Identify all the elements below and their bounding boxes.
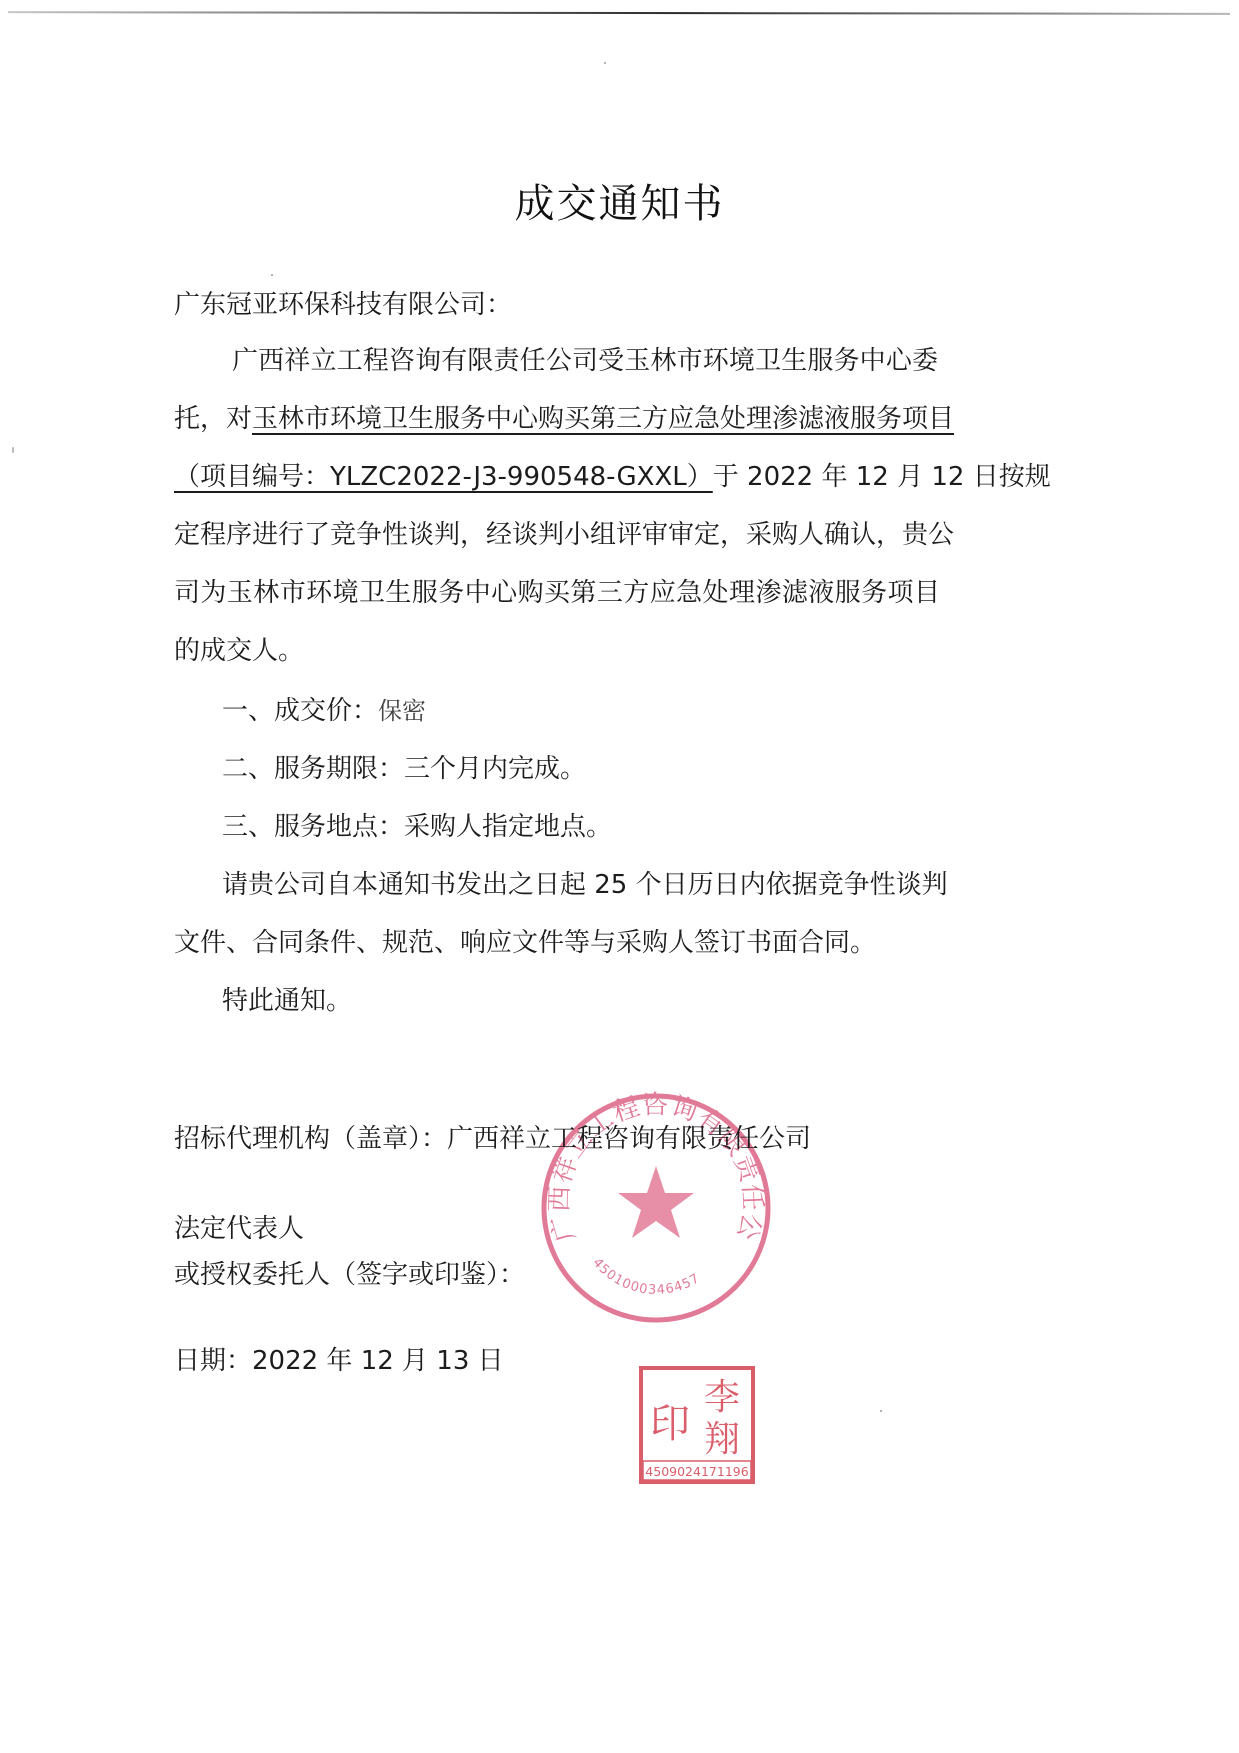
signing-date: 日期：2022 年 12 月 13 日	[174, 1340, 504, 1377]
scan-speck	[604, 62, 606, 64]
svg-text:李: 李	[704, 1377, 740, 1418]
term-price: 一、成交价：保密	[222, 690, 426, 727]
addressee: 广东冠亚环保科技有限公司：	[174, 284, 512, 321]
body-line-5: 司为玉林市环境卫生服务中心购买第三方应急处理渗滤液服务项目	[174, 572, 940, 609]
personal-seal-icon: 李 翔 印 4509024171196	[638, 1365, 756, 1485]
closing-remark: 特此通知。	[222, 980, 352, 1017]
term-location-value: 采购人指定地点。	[404, 812, 612, 842]
svg-text:4501000346457: 4501000346457	[589, 1255, 702, 1298]
document-title: 成交通知书	[0, 172, 1239, 229]
body-line-1: 广西祥立工程咨询有限责任公司受玉林市环境卫生服务中心委	[232, 340, 938, 377]
term-location: 三、服务地点：采购人指定地点。	[222, 806, 612, 843]
legal-rep-line-1: 法定代表人	[174, 1208, 304, 1245]
body-line-2-prefix: 托，对	[174, 404, 252, 434]
term-location-label: 三、服务地点：	[222, 812, 404, 842]
body-line-2: 托，对玉林市环境卫生服务中心购买第三方应急处理渗滤液服务项目	[174, 398, 954, 435]
project-name: 玉林市环境卫生服务中心购买第三方应急处理渗滤液服务项目	[252, 404, 954, 434]
term-period-label: 二、服务期限：	[222, 754, 404, 784]
project-number: （项目编号：YLZC2022-J3-990548-GXXL）	[174, 462, 713, 492]
svg-text:4509024171196: 4509024171196	[645, 1464, 748, 1479]
legal-rep-line-2: 或授权委托人（签字或印鉴）：	[174, 1254, 525, 1291]
instruction-line-2: 文件、合同条件、规范、响应文件等与采购人签订书面合同。	[174, 922, 876, 959]
agency-name: 广西祥立工程咨询有限责任公司	[447, 1124, 811, 1154]
negotiation-date: 于 2022 年 12 月 12 日按规	[713, 462, 1051, 492]
scan-speck	[12, 447, 14, 453]
body-line-3: （项目编号：YLZC2022-J3-990548-GXXL）于 2022 年 1…	[174, 456, 1051, 493]
term-price-value: 保密	[378, 697, 426, 725]
scan-speck	[880, 1410, 882, 1412]
scan-speck	[271, 274, 273, 276]
agency-line: 招标代理机构（盖章）：广西祥立工程咨询有限责任公司	[174, 1118, 811, 1155]
agency-label: 招标代理机构（盖章）：	[174, 1124, 447, 1154]
body-line-6: 的成交人。	[174, 630, 304, 667]
scan-edge-line	[8, 11, 1230, 15]
body-line-4: 定程序进行了竞争性谈判，经谈判小组评审审定，采购人确认，贵公	[174, 514, 940, 551]
instruction-line-1: 请贵公司自本通知书发出之日起 25 个日历日内依据竞争性谈判	[222, 864, 940, 901]
svg-text:翔: 翔	[704, 1419, 740, 1460]
svg-text:印: 印	[650, 1401, 690, 1447]
term-period-value: 三个月内完成。	[404, 754, 586, 784]
term-price-label: 一、成交价：	[222, 696, 378, 726]
term-period: 二、服务期限：三个月内完成。	[222, 748, 586, 785]
